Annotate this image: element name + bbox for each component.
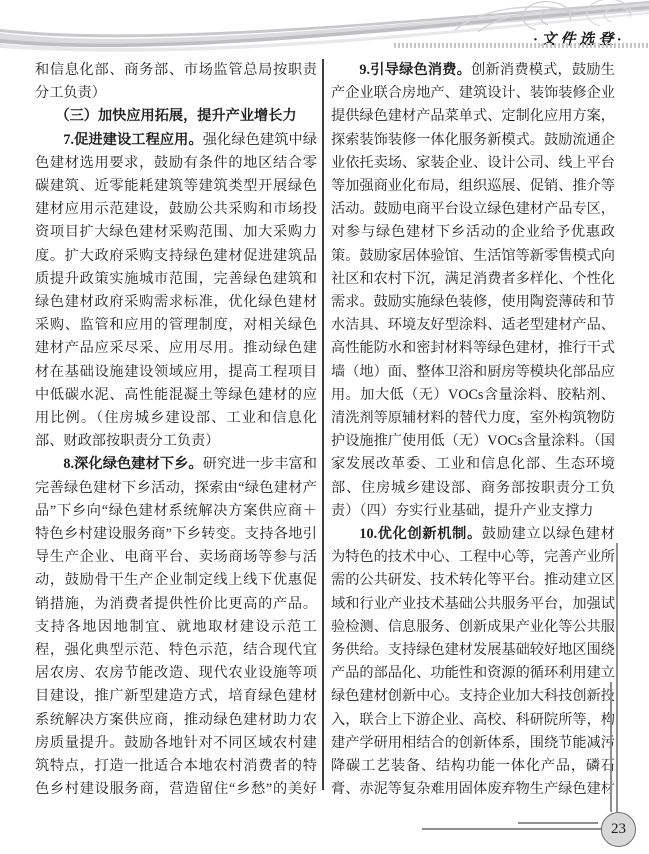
paragraph-9: 9.引导绿色消费。创新消费模式，鼓励生产企业联合房地产、建筑设计、装饰装修企业提… [331,59,615,523]
paragraph-7: 7.促进建设工程应用。强化绿色建筑中绿色建材选用要求，鼓励有条件的地区结合零碳建… [35,129,317,454]
paragraph-8-body: 研究进一步丰富和完善绿色建材下乡活动，探索由“绿色建材产品”下乡向“绿色建材系统… [35,456,317,803]
corner-vertical-rule-outer [616,543,618,812]
header-dotted-rule [394,43,649,48]
column-divider-rule [322,59,324,790]
document-page: ·文件选登· 和信息化部、商务部、市场监管总局按职责分工负责） （三）加快应用拓… [0,0,649,854]
right-column: 9.引导绿色消费。创新消费模式，鼓励生产企业联合房地产、建筑设计、装饰装修企业提… [331,59,615,803]
paragraph-continuation: 和信息化部、商务部、市场监管总局按职责分工负责） [35,59,317,105]
corner-horizontal-rule-lower [422,828,604,830]
section-heading-3: （三）加快应用拓展，提升产业增长力 [35,105,317,128]
page-number-badge: 23 [601,812,636,847]
paragraph-9-lead: 9.引导绿色消费。 [359,62,471,78]
paragraph-10-body: 鼓励建立以绿色建材为特色的技术中心、工程中心等，完善产业所需的公共研发、技术转化… [331,526,615,803]
left-column: 和信息化部、商务部、市场监管总局按职责分工负责） （三）加快应用拓展，提升产业增… [35,59,317,803]
paragraph-10: 10.优化创新机制。鼓励建立以绿色建材为特色的技术中心、工程中心等，完善产业所需… [331,523,615,803]
paragraph-8-lead: 8.深化绿色建材下乡。 [63,456,202,472]
paragraph-8: 8.深化绿色建材下乡。研究进一步丰富和完善绿色建材下乡活动，探索由“绿色建材产品… [35,453,317,803]
paragraph-9-body: 创新消费模式，鼓励生产企业联合房地产、建筑设计、装饰装修企业提供绿色建材产品菜单… [331,62,615,519]
paragraph-7-lead: 7.促进建设工程应用。 [63,132,202,148]
corner-vertical-rule-inner [610,682,612,812]
corner-horizontal-rule-upper [518,822,598,824]
paragraph-7-body: 强化绿色建筑中绿色建材选用要求，鼓励有条件的地区结合零碳建筑、近零能耗建筑等建筑… [35,132,317,450]
page-number-text: 23 [611,821,626,838]
paragraph-10-lead: 10.优化创新机制。 [359,526,481,542]
